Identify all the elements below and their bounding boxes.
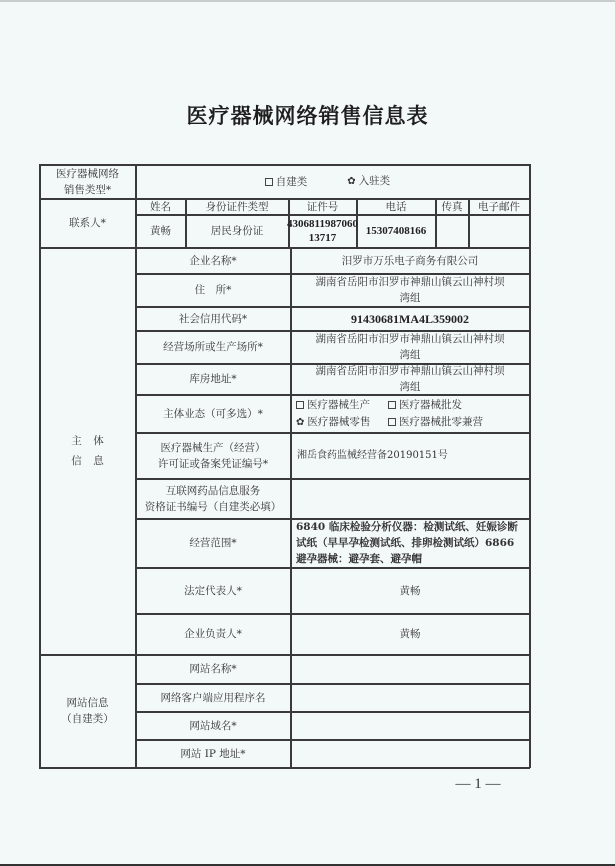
website-name-label: 网站名称* — [136, 655, 290, 683]
contact-fax — [436, 215, 468, 247]
page-number: — 1 — — [448, 776, 508, 793]
table-border-right — [529, 164, 531, 768]
subject-info-label: 主 体 信 息 — [40, 248, 135, 654]
business-scope-value: 6840 临床检验分析仪器：检测试纸、妊娠诊断 试纸（早早孕检测试纸、排卵检测试… — [291, 519, 529, 567]
ip-address-value — [291, 740, 529, 767]
id-number-line: 13717 — [309, 231, 337, 245]
value-line: 湾组 — [400, 290, 421, 306]
label-text: 销售类型* — [64, 182, 111, 198]
enterprise-head-value: 黄畅 — [291, 614, 529, 654]
website-info-label: 网站信息 （自建类） — [40, 655, 135, 767]
warehouse-label: 库房地址* — [136, 364, 290, 394]
gear-check-icon[interactable]: ✿ — [296, 417, 304, 428]
value-line: 湖南省岳阳市汨罗市神鼎山镇云山神村坝 — [316, 274, 505, 290]
value-line: 6840 临床检验分析仪器：检测试纸、妊娠诊断 — [296, 519, 518, 535]
residence-value: 湖南省岳阳市汨罗市神鼎山镇云山神村坝 湾组 — [291, 274, 529, 306]
enterprise-head-label: 企业负责人* — [136, 614, 290, 654]
domain-label: 网站域名* — [136, 712, 290, 739]
label-line: 资格证书编号（自建类必填） — [145, 499, 282, 515]
option-hosted[interactable]: ✿入驻类 — [347, 173, 390, 190]
option-self-built[interactable]: 自建类 — [265, 174, 308, 190]
website-name-value — [291, 655, 529, 683]
ip-address-label: 网站 IP 地址* — [136, 740, 290, 767]
contact-phone: 15307408166 — [357, 215, 435, 247]
option-label: 自建类 — [276, 176, 308, 188]
legal-rep-value: 黄畅 — [291, 568, 529, 613]
contact-email — [469, 215, 529, 247]
checkbox-icon[interactable] — [265, 178, 273, 186]
header-fax: 传真 — [436, 199, 468, 214]
label-char: 主 — [68, 433, 86, 449]
value-line: 湾组 — [400, 379, 421, 395]
table-border-bottom — [39, 767, 530, 769]
value-line: 试纸（早早孕检测试纸、排卵检测试纸）6866 — [296, 535, 514, 551]
option-wholesale-retail[interactable]: 医疗器械批零兼营 — [388, 414, 518, 431]
warehouse-value: 湖南省岳阳市汨罗市神鼎山镇云山神村坝 湾组 — [291, 364, 529, 394]
contact-name: 黄畅 — [136, 215, 185, 247]
label-text: 医疗器械网络 — [56, 166, 119, 182]
value-line: 湖南省岳阳市汨罗市神鼎山镇云山神村坝 — [316, 331, 505, 347]
business-scope-label: 经营范围* — [136, 519, 290, 567]
residence-label: 住 所* — [136, 274, 290, 306]
checkbox-icon[interactable] — [388, 418, 396, 426]
legal-rep-label: 法定代表人* — [136, 568, 290, 613]
business-premises-label: 经营场所或生产场所* — [136, 331, 290, 363]
value-line: 湖南省岳阳市汨罗市神鼎山镇云山神村坝 — [316, 363, 505, 379]
contact-id-number: 4306811987060 13717 — [289, 215, 356, 247]
option-label: 医疗器械零售 — [307, 416, 370, 428]
license-label: 医疗器械生产（经营） 许可证或备案凭证编号* — [136, 433, 290, 478]
sales-type-options: 自建类 ✿入驻类 — [136, 165, 529, 198]
header-email: 电子邮件 — [469, 199, 529, 214]
business-type-label: 主体业态（可多选）* — [136, 395, 290, 432]
label-line: （自建类） — [61, 711, 114, 727]
document-title: 医疗器械网络销售信息表 — [0, 100, 615, 130]
business-premises-value: 湖南省岳阳市汨罗市神鼎山镇云山神村坝 湾组 — [291, 331, 529, 363]
gear-check-icon[interactable]: ✿ — [347, 176, 355, 187]
option-retail[interactable]: ✿医疗器械零售 — [296, 414, 388, 431]
label-line: 网站信息 — [67, 695, 109, 711]
credit-code-value: 91430681MA4L359002 — [291, 307, 529, 330]
client-app-label: 网络客户端应用程序名 — [136, 684, 290, 711]
company-name-value: 汨罗市万乐电子商务有限公司 — [291, 248, 529, 273]
label-char: 体 — [90, 433, 108, 449]
option-wholesale[interactable]: 医疗器械批发 — [388, 397, 518, 413]
credit-code-label: 社会信用代码* — [136, 307, 290, 330]
label-char: 息 — [90, 453, 108, 469]
client-app-value — [291, 684, 529, 711]
company-name-label: 企业名称* — [136, 248, 290, 273]
label-line: 许可证或备案凭证编号* — [158, 456, 268, 472]
sales-type-label: 医疗器械网络 销售类型* — [40, 165, 135, 198]
value-line: 避孕器械：避孕套、避孕帽 — [296, 551, 422, 567]
checkbox-icon[interactable] — [296, 401, 304, 409]
header-phone: 电话 — [357, 199, 435, 214]
option-label: 医疗器械生产 — [307, 399, 370, 411]
header-id-number: 证件号 — [289, 199, 356, 214]
license-value: 湘岳食药监械经营备20190151号 — [291, 433, 529, 478]
contact-id-type: 居民身份证 — [186, 215, 288, 247]
value-line: 湾组 — [400, 347, 421, 363]
option-manufacturing[interactable]: 医疗器械生产 — [296, 397, 388, 413]
checkbox-icon[interactable] — [388, 401, 396, 409]
header-id-type: 身份证件类型 — [186, 199, 288, 214]
internet-cert-label: 互联网药品信息服务 资格证书编号（自建类必填） — [136, 479, 290, 518]
domain-value — [291, 712, 529, 739]
label-char: 信 — [68, 453, 86, 469]
id-number-line: 4306811987060 — [287, 217, 358, 231]
business-type-options: 医疗器械生产 医疗器械批发 ✿医疗器械零售 医疗器械批零兼营 — [291, 395, 529, 432]
header-name: 姓名 — [136, 199, 185, 214]
internet-cert-value — [291, 479, 529, 518]
scan-top-edge — [0, 0, 615, 2]
option-label: 医疗器械批零兼营 — [399, 416, 483, 428]
label-line: 医疗器械生产（经营） — [161, 440, 266, 456]
option-label: 医疗器械批发 — [399, 399, 462, 411]
option-label: 入驻类 — [359, 175, 391, 187]
label-line: 互联网药品信息服务 — [166, 483, 261, 499]
contact-label: 联系人* — [40, 199, 135, 247]
